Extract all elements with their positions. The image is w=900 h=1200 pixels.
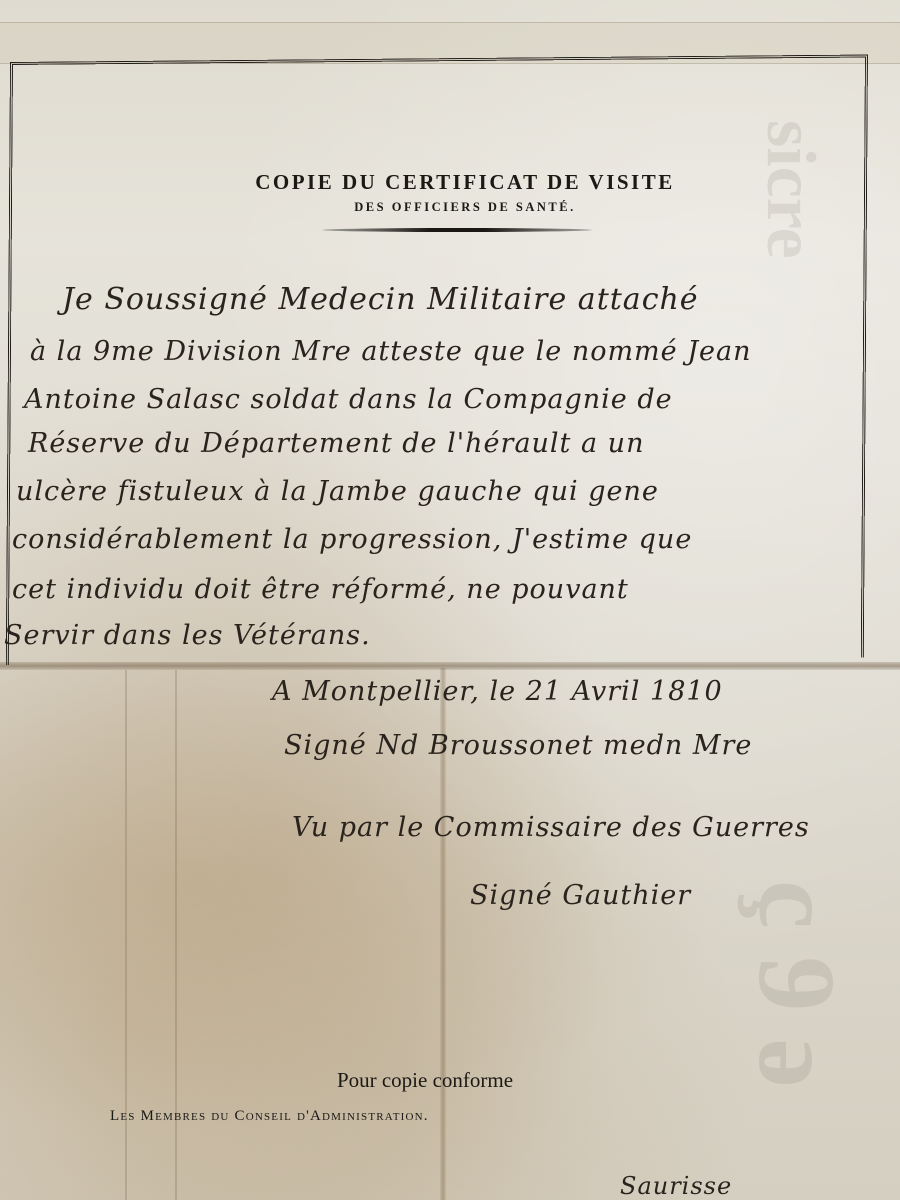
copy-conform-label: Pour copie conforme <box>200 1068 650 1093</box>
place-date: A Montpellier, le 21 Avril 1810 <box>272 676 723 707</box>
body-line: à la 9me Division Mre atteste que le nom… <box>30 336 752 367</box>
partial-signature: Saurisse <box>620 1172 732 1200</box>
body-line: Réserve du Département de l'hérault a un <box>28 428 644 459</box>
doctor-signature-line: Signé Nd Broussonet medn Mre <box>284 730 752 761</box>
document-title: COPIE DU CERTIFICAT DE VISITE <box>160 170 770 195</box>
commissioner-signature-line: Signé Gauthier <box>470 880 691 911</box>
body-line: considérablement la progression, J'estim… <box>12 524 692 555</box>
bleed-through-text: ç 9 ə <box>733 880 860 1088</box>
document-subtitle: DES OFFICIERS DE SANTÉ. <box>160 200 770 215</box>
body-line: Servir dans les Vétérans. <box>4 620 371 651</box>
body-line: cet individu doit être réformé, ne pouva… <box>12 574 629 605</box>
body-line: Antoine Salasc soldat dans la Compagnie … <box>24 384 673 415</box>
council-members-label: Les Membres du Conseil d'Administration. <box>110 1108 670 1125</box>
body-line: ulcère fistuleux à la Jambe gauche qui g… <box>16 476 659 507</box>
title-rule <box>322 228 592 232</box>
body-line: Je Soussigné Medecin Militaire attaché <box>62 282 699 317</box>
commissioner-seen-line: Vu par le Commissaire des Guerres <box>292 812 810 843</box>
